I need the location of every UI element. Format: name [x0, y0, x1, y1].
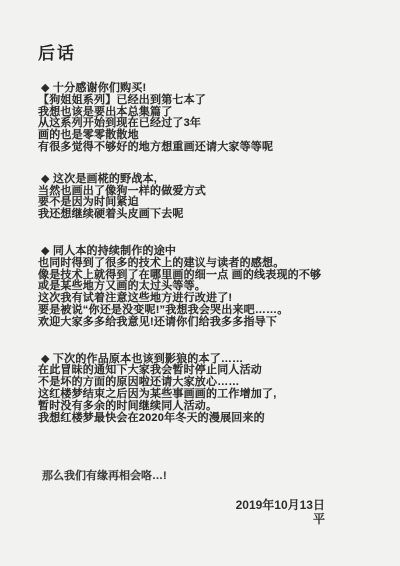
paragraph-next-work: ◆ 下次的作品原本也该到影狼的本了…… 在此冒昧的通知下大家我会暂时停止同人活动…	[38, 354, 380, 425]
paragraph-feedback: ◆ 同人本的持续制作的途中 也同时得到了很多的技术上的建议与读者的感想。 像是技…	[38, 246, 380, 329]
text-line: ◆ 同人本的持续制作的途中	[38, 246, 380, 258]
paragraph-thanks: ◆ 十分感谢你们购买! 【狗姐姐系列】已经出到第七本了 我想也该是要出本总集篇了…	[38, 83, 380, 154]
signature: 平	[38, 512, 325, 526]
text-line: 要是被说“你还是没变呢!”我想我会哭出来吧……。	[38, 305, 380, 317]
paragraph-this-book: ◆ 这次是画椛的野战本, 当然也画出了像狗一样的做爱方式 要不是因为时间紧迫 我…	[38, 174, 380, 221]
closing-line: 那么我们有缘再相会咯…!	[38, 470, 380, 482]
text-line: 这红楼梦结束之后因为某些事画画的工作增加了,	[38, 389, 380, 401]
text-line: 欢迎大家多多给我意见!还请你们给我多多指导下	[38, 317, 380, 329]
text-line: 我还想继续硬着头皮画下去呢	[38, 209, 380, 221]
text-line: 我想红楼梦最快会在2020年冬天的漫展回来的	[38, 413, 380, 425]
text-line: ◆ 这次是画椛的野战本,	[38, 174, 380, 186]
date: 2019年10月13日	[38, 498, 325, 512]
date-signature-block: 2019年10月13日 平	[38, 498, 380, 526]
text-line: 有很多觉得不够好的地方想重画还请大家等等呢	[38, 142, 380, 154]
text-line: 【狗姐姐系列】已经出到第七本了	[38, 95, 380, 107]
page-title: 后话	[38, 45, 380, 63]
text-line: 也同时得到了很多的技术上的建议与读者的感想。	[38, 258, 380, 270]
text-line: 暂时没有多余的时间继续同人活动。	[38, 401, 380, 413]
afterword-page: 后话 ◆ 十分感谢你们购买! 【狗姐姐系列】已经出到第七本了 我想也该是要出本总…	[0, 0, 400, 566]
